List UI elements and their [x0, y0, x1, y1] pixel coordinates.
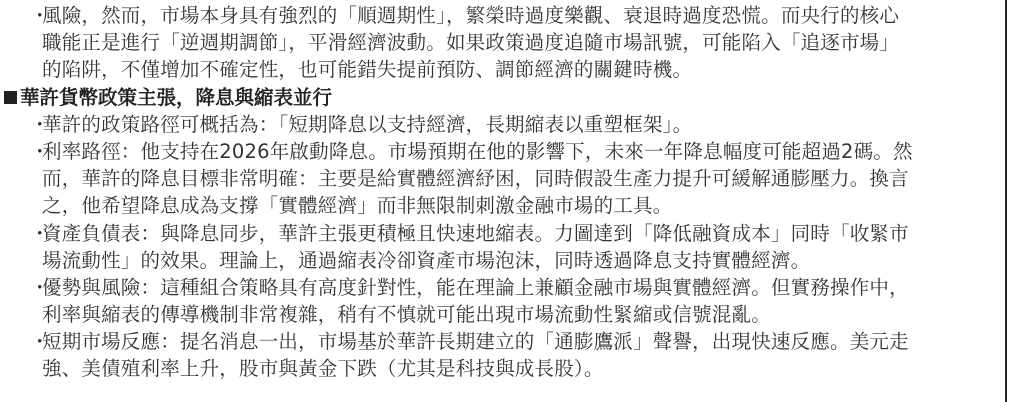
bullet-line: ・優勢與風險：這種組合策略具有高度針對性，能在理論上兼顧金融市場與實體經濟。但實…	[0, 274, 1000, 301]
bullet-dot-icon: ・	[30, 220, 42, 247]
bullet-line: ・華許的政策路徑可概括為：「短期降息以支持經濟，長期縮表以重塑框架」。	[0, 111, 1000, 138]
bullet-item-rate-path: ・利率路徑：他支持在2026年啟動降息。市場預期在他的影響下，未來一年降息幅度可…	[0, 138, 1000, 220]
bullet-dot-icon: ・	[30, 138, 42, 165]
document-content: ・風險，然而，市場本身具有強烈的「順週期性」，繁榮時過度樂觀、衰退時過度恐慌。而…	[0, 2, 1000, 383]
bullet-dot-icon: ・	[30, 111, 42, 138]
line-text: 優勢與風險：這種組合策略具有高度針對性，能在理論上兼顧金融市場與實體經濟。但實務…	[42, 276, 909, 299]
bullet-line: 而，華許的降息目標非常明確：主要是給實體經濟紓困，同時假設生產力提升可緩解通膨壓…	[0, 165, 1000, 192]
bullet-dot-icon: ・	[30, 328, 42, 355]
bullet-line: ・風險，然而，市場本身具有強烈的「順週期性」，繁榮時過度樂觀、衰退時過度恐慌。而…	[0, 2, 1000, 29]
bullet-item-intro: ・風險，然而，市場本身具有強烈的「順週期性」，繁榮時過度樂觀、衰退時過度恐慌。而…	[0, 2, 1000, 84]
bullet-item-pros-risks: ・優勢與風險：這種組合策略具有高度針對性，能在理論上兼顧金融市場與實體經濟。但實…	[0, 274, 1000, 328]
bullet-item-market-reaction: ・短期市場反應：提名消息一出，市場基於華許長期建立的「通膨鷹派」聲譽，出現快速反…	[0, 328, 1000, 382]
line-text: 資產負債表：與降息同步，華許主張更積極且快速地縮表。力圖達到「降低融資成本」同時…	[42, 222, 909, 245]
document-page: ・風險，然而，市場本身具有強烈的「順週期性」，繁榮時過度樂觀、衰退時過度恐慌。而…	[0, 0, 1007, 402]
bullet-item-balance-sheet: ・資產負債表：與降息同步，華許主張更積極且快速地縮表。力圖達到「降低融資成本」同…	[0, 220, 1000, 274]
section-heading-text: 華許貨幣政策主張，降息與縮表並行	[20, 86, 332, 109]
bullet-line: 職能正是進行「逆週期調節」，平滑經濟波動。如果政策過度追隨市場訊號，可能陷入「追…	[0, 29, 1000, 56]
bullet-dot-icon: ・	[30, 274, 42, 301]
bullet-line: ・資產負債表：與降息同步，華許主張更積極且快速地縮表。力圖達到「降低融資成本」同…	[0, 220, 1000, 247]
bullet-dot-icon: ・	[30, 2, 42, 29]
black-square-icon	[4, 91, 17, 104]
line-text: 短期市場反應：提名消息一出，市場基於華許長期建立的「通膨鷹派」聲譽，出現快速反應…	[42, 330, 909, 353]
bullet-line: 強、美債殖利率上升，股市與黃金下跌（尤其是科技與成長股）。	[0, 355, 1000, 382]
section-heading: 華許貨幣政策主張，降息與縮表並行	[0, 84, 1000, 111]
bullet-item-policy-path: ・華許的政策路徑可概括為：「短期降息以支持經濟，長期縮表以重塑框架」。	[0, 111, 1000, 138]
bullet-line: 場流動性」的效果。理論上，通過縮表冷卻資產市場泡沫，同時透過降息支持實體經濟。	[0, 247, 1000, 274]
bullet-line: ・利率路徑：他支持在2026年啟動降息。市場預期在他的影響下，未來一年降息幅度可…	[0, 138, 1000, 165]
bullet-line: 的陷阱，不僅增加不確定性，也可能錯失提前預防、調節經濟的關鍵時機。	[0, 56, 1000, 83]
line-text: 風險，然而，市場本身具有強烈的「順週期性」，繁榮時過度樂觀、衰退時過度恐慌。而央…	[42, 4, 899, 27]
bullet-line: 之，他希望降息成為支撐「實體經濟」而非無限制刺激金融市場的工具。	[0, 192, 1000, 219]
line-text: 利率路徑：他支持在2026年啟動降息。市場預期在他的影響下，未來一年降息幅度可能…	[42, 140, 913, 163]
line-text: 華許的政策路徑可概括為：「短期降息以支持經濟，長期縮表以重塑框架」。	[42, 113, 692, 136]
bullet-line: ・短期市場反應：提名消息一出，市場基於華許長期建立的「通膨鷹派」聲譽，出現快速反…	[0, 328, 1000, 355]
bullet-line: 利率與縮表的傳導機制非常複雜，稍有不慎就可能出現市場流動性緊縮或信號混亂。	[0, 301, 1000, 328]
